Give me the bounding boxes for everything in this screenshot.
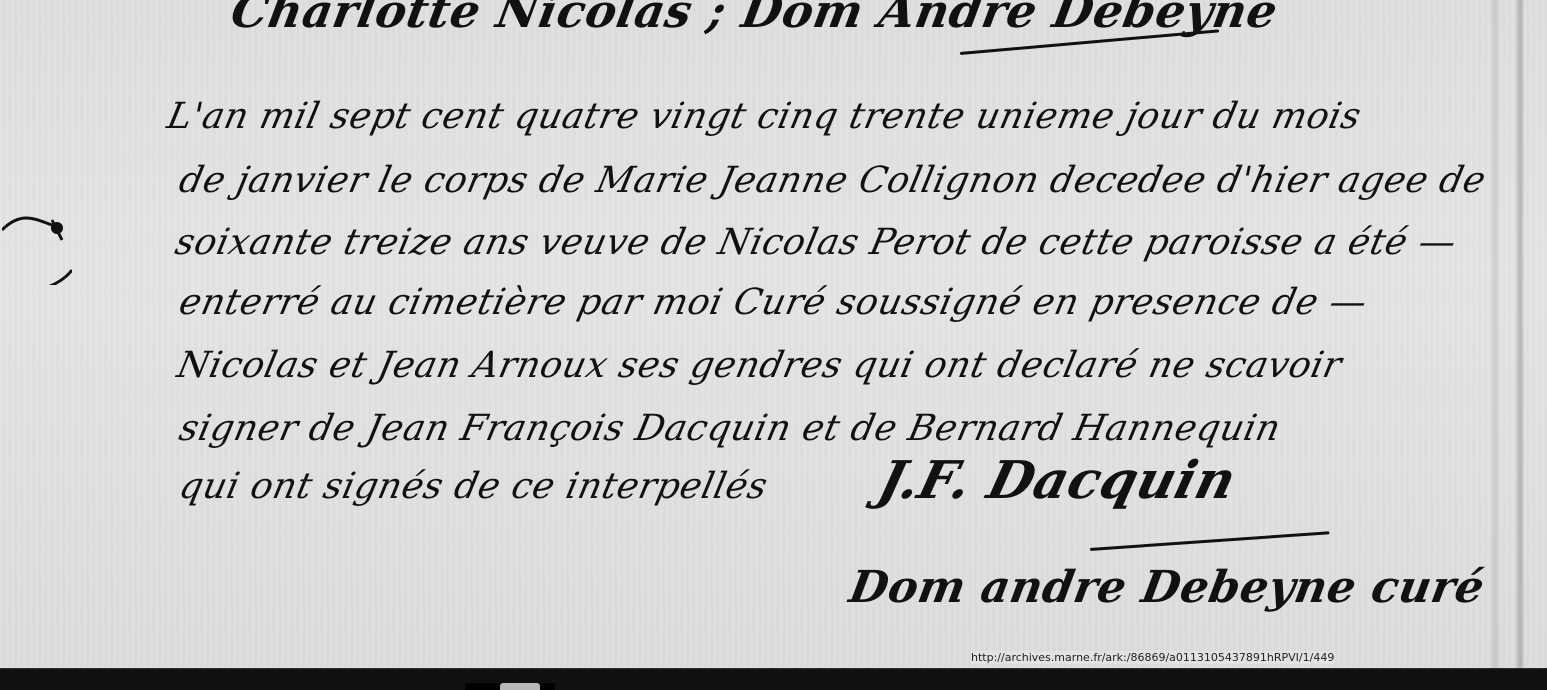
signature-dacquin: J.F. Dacquin — [872, 450, 1242, 511]
page-fold-secondary — [1490, 0, 1500, 668]
document-viewer[interactable]: Charlotte Nicolas ; Dom André Debeyne L'… — [0, 0, 1547, 668]
manuscript-line-4: enterré au cimetière par moi Curé soussi… — [176, 282, 1371, 323]
manuscript-line-6: signer de Jean François Dacquin et de Be… — [176, 408, 1285, 449]
manuscript-line-7: qui ont signés de ce interpellés — [176, 466, 772, 507]
manuscript-line-2: de janvier le corps de Marie Jeanne Coll… — [176, 160, 1490, 201]
viewer-toolbar — [0, 668, 1547, 690]
manuscript-header: Charlotte Nicolas ; Dom André Debeyne — [227, 0, 1282, 38]
manuscript-line-1: L'an mil sept cent quatre vingt cinq tre… — [164, 96, 1365, 137]
signature-debeyne: Dom andre Debeyne curé — [846, 562, 1489, 613]
source-url: http://archives.marne.fr/ark:/86869/a011… — [971, 651, 1334, 664]
page-fold — [1515, 0, 1525, 668]
manuscript-line-5: Nicolas et Jean Arnoux ses gendres qui o… — [174, 345, 1346, 386]
toolbar-button[interactable] — [500, 683, 540, 690]
manuscript-line-3: soixante treize ans veuve de Nicolas Per… — [172, 222, 1460, 263]
margin-mark-icon — [2, 200, 72, 285]
